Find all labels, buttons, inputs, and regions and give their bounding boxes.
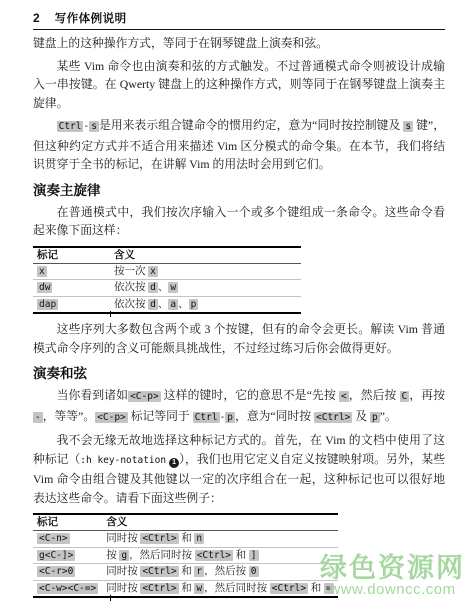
meaning-cell: 按一次 x	[110, 263, 301, 280]
key-cap: <Ctrl>	[140, 583, 178, 594]
key-cap: <	[339, 391, 349, 402]
key-cap: w	[168, 282, 178, 293]
table-header-row: 标记含义	[33, 514, 338, 531]
watermark: 绿色资源网 www.downcc.com	[320, 554, 465, 598]
key-cap: <Ctrl>	[195, 550, 233, 561]
meaning-cell: 依次按 d、w	[110, 280, 301, 297]
key-cap: x	[37, 266, 47, 277]
key-cap: w	[194, 583, 204, 594]
table-header-row: 标记含义	[33, 247, 301, 264]
mark-cell: dw	[33, 280, 110, 297]
notation-table: 标记含义x按一次 xdw依次按 d、wdap依次按 d、a、p	[33, 246, 301, 315]
section-heading-melody: 演奏主旋律	[33, 183, 445, 199]
key-cap: <C-p>	[128, 391, 161, 402]
page-header: 2 写作体例说明	[33, 10, 445, 30]
watermark-site-name: 绿色资源网	[320, 554, 465, 582]
table-row: <C-r>0同时按 <Ctrl> 和 r，然后按 0	[33, 564, 338, 581]
key-cap: <Ctrl>	[140, 566, 178, 577]
section-heading-chords: 演奏和弦	[33, 366, 445, 382]
key-cap: p	[225, 412, 235, 423]
mark-cell: <C-w><C-=>	[33, 580, 102, 597]
table-row: g<C-]>按 g，然后同时按 <Ctrl> 和 ]	[33, 547, 338, 564]
notation-table-2: 标记含义<C-n>同时按 <Ctrl> 和 ng<C-]>按 g，然后同时按 <…	[33, 513, 301, 598]
key-cap: s	[403, 121, 413, 132]
key-cap: dw	[37, 282, 52, 293]
meaning-cell: 同时按 <Ctrl> 和 n	[102, 531, 337, 548]
key-cap: <C-r>0	[37, 566, 75, 577]
key-cap: C	[400, 391, 410, 402]
key-cap: p	[370, 412, 380, 423]
meaning-cell: 同时按 <Ctrl> 和 r，然后按 0	[102, 564, 337, 581]
key-cap: <Ctrl>	[140, 533, 178, 544]
paragraph: 这些序列大多数包含两个或 3 个按键，但有的命令会更长。解读 Vim 普通模式命…	[33, 320, 445, 357]
page-number: 2	[33, 11, 40, 25]
notation-table-1: 标记含义x按一次 xdw依次按 d、wdap依次按 d、a、p	[33, 246, 301, 315]
key-cap: <C-w><C-=>	[37, 583, 98, 594]
paragraph: 某些 Vim 命令也由演奏和弦的方式触发。不过普通模式命令则被设计成输入一串按键…	[33, 57, 445, 113]
column-header: 含义	[102, 514, 337, 531]
page-content: 2 写作体例说明 键盘上的这种操作方式，等同于在钢琴键盘上演奏和弦。 某些 Vi…	[0, 0, 475, 598]
mark-cell: x	[33, 263, 110, 280]
key-cap: -	[33, 412, 43, 423]
watermark-url: www.downcc.com	[320, 582, 465, 598]
key-cap: 0	[249, 566, 259, 577]
table-row: <C-w><C-=>同时按 <Ctrl> 和 w，然后同时按 <Ctrl> 和 …	[33, 580, 338, 597]
paragraph: 当你看到诸如<C-p> 这样的键时，它的意思不是“先按 <，然后按 C，再按 -…	[33, 386, 445, 427]
key-cap: g	[119, 550, 129, 561]
book-page: 2 写作体例说明 键盘上的这种操作方式，等同于在钢琴键盘上演奏和弦。 某些 Vi…	[0, 0, 475, 606]
key-cap: x	[148, 266, 158, 277]
table-row: <C-n>同时按 <Ctrl> 和 n	[33, 531, 338, 548]
key-cap: ]	[249, 550, 259, 561]
annotation-badge-icon: 1	[169, 458, 179, 468]
inline-code: :h key-notation	[80, 455, 166, 466]
key-cap: r	[194, 566, 204, 577]
key-cap: g<C-]>	[37, 550, 75, 561]
meaning-cell: 按 g，然后同时按 <Ctrl> 和 ]	[102, 547, 337, 564]
table-row: dw依次按 d、w	[33, 280, 301, 297]
paragraph: Ctrl-s是用来表示组合键命令的惯用约定，意为“同时按控制键及 s 键”，但这…	[33, 116, 445, 174]
notation-table: 标记含义<C-n>同时按 <Ctrl> 和 ng<C-]>按 g，然后同时按 <…	[33, 513, 338, 598]
key-cap: dap	[37, 299, 58, 310]
key-cap: Ctrl	[193, 412, 220, 423]
paragraph: 我不会无缘无故地选择这种标记方式的。首先，在 Vim 的文档中使用了这种标记（:…	[33, 431, 445, 507]
key-cap: Ctrl	[57, 121, 84, 132]
key-cap: n	[194, 533, 204, 544]
key-cap: <C-n>	[37, 533, 70, 544]
mark-cell: dap	[33, 296, 110, 313]
mark-cell: g<C-]>	[33, 547, 102, 564]
key-cap: d	[148, 299, 158, 310]
column-header: 标记	[33, 247, 110, 264]
paragraph: 在普通模式中，我们按次序输入一个或多个键组成一条命令。这些命令看起来像下面这样：	[33, 203, 445, 240]
mark-cell: <C-n>	[33, 531, 102, 548]
key-cap: a	[168, 299, 178, 310]
key-cap: d	[148, 282, 158, 293]
meaning-cell: 同时按 <Ctrl> 和 w，然后同时按 <Ctrl> 和 =	[102, 580, 337, 597]
key-cap: <C-p>	[95, 412, 128, 423]
key-cap: p	[189, 299, 199, 310]
mark-cell: <C-r>0	[33, 564, 102, 581]
table-row: x按一次 x	[33, 263, 301, 280]
key-cap: s	[89, 121, 99, 132]
header-title: 写作体例说明	[55, 10, 127, 26]
key-cap: <Ctrl>	[314, 412, 352, 423]
column-header: 标记	[33, 514, 102, 531]
meaning-cell: 依次按 d、a、p	[110, 296, 301, 313]
table-row: dap依次按 d、a、p	[33, 296, 301, 313]
column-header: 含义	[110, 247, 301, 264]
paragraph-continuation: 键盘上的这种操作方式，等同于在钢琴键盘上演奏和弦。	[33, 34, 445, 53]
key-cap: <Ctrl>	[270, 583, 308, 594]
